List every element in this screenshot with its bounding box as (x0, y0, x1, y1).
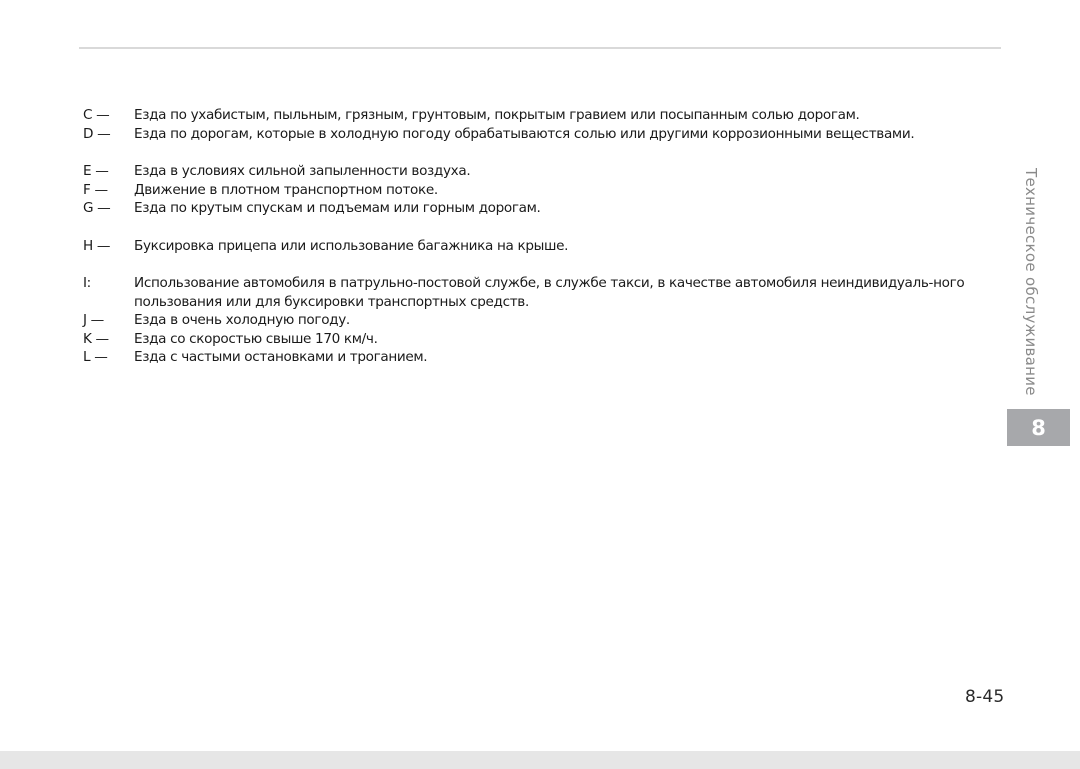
condition-item-l: L — Езда с частыми остановками и трогани… (83, 348, 1003, 367)
condition-text: Езда с частыми остановками и троганием. (134, 348, 1003, 367)
condition-item-i: I: Использование автомобиля в патрульно-… (83, 274, 1003, 311)
condition-text: Езда по дорогам, которые в холодную пого… (134, 125, 1003, 144)
condition-text: Езда в очень холодную погоду. (134, 311, 1003, 330)
operating-conditions-list: C — Езда по ухабистым, пыльным, грязным,… (83, 106, 1003, 367)
condition-item-j: J — Езда в очень холодную погоду. (83, 311, 1003, 330)
condition-item-f: F — Движение в плотном транспортном пото… (83, 181, 1003, 200)
chapter-number: 8 (1031, 416, 1046, 440)
condition-item-e: E — Езда в условиях сильной запыленности… (83, 162, 1003, 181)
condition-key: J — (83, 311, 133, 330)
condition-item-k: K — Езда со скоростью свыше 170 км/ч. (83, 330, 1003, 349)
condition-text: Использование автомобиля в патрульно-пос… (134, 274, 1003, 311)
condition-item-g: G — Езда по крутым спускам и подъемам ил… (83, 199, 1003, 218)
condition-item-c: C — Езда по ухабистым, пыльным, грязным,… (83, 106, 1003, 125)
condition-text: Езда со скоростью свыше 170 км/ч. (134, 330, 1003, 349)
condition-item-h: H — Буксировка прицепа или использование… (83, 237, 1003, 256)
condition-key: K — (83, 330, 133, 349)
condition-key: F — (83, 181, 133, 200)
condition-text: Езда по ухабистым, пыльным, грязным, гру… (134, 106, 1003, 125)
condition-text: Буксировка прицепа или использование баг… (134, 237, 1003, 256)
header-divider (79, 47, 1001, 49)
condition-key: E — (83, 162, 133, 181)
condition-text: Езда в условиях сильной запыленности воз… (134, 162, 1003, 181)
chapter-tab[interactable]: 8 (1007, 409, 1070, 446)
condition-text: Езда по крутым спускам и подъемам или го… (134, 199, 1003, 218)
condition-key: H — (83, 237, 133, 256)
condition-key: I: (83, 274, 133, 293)
condition-text: Движение в плотном транспортном потоке. (134, 181, 1003, 200)
section-title-vertical: Техническое обслуживание (1018, 168, 1040, 400)
condition-key: G — (83, 199, 133, 218)
page-number: 8-45 (965, 687, 1004, 707)
condition-item-d: D — Езда по дорогам, которые в холодную … (83, 125, 1003, 144)
condition-key: D — (83, 125, 133, 144)
condition-key: L — (83, 348, 133, 367)
condition-key: C — (83, 106, 133, 125)
bottom-bar (0, 751, 1080, 769)
